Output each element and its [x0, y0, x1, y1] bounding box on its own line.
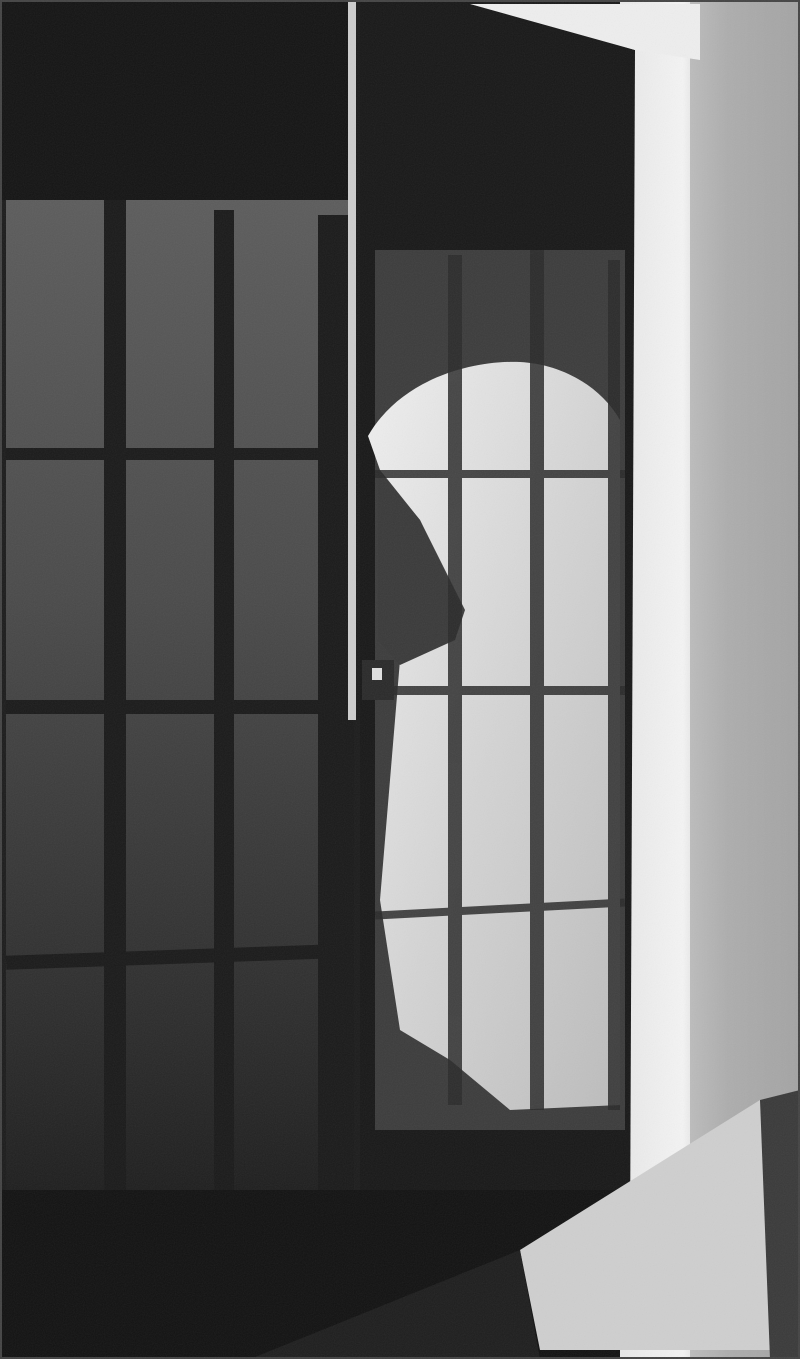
photograph	[0, 0, 800, 1359]
photo-scene	[0, 0, 800, 1359]
